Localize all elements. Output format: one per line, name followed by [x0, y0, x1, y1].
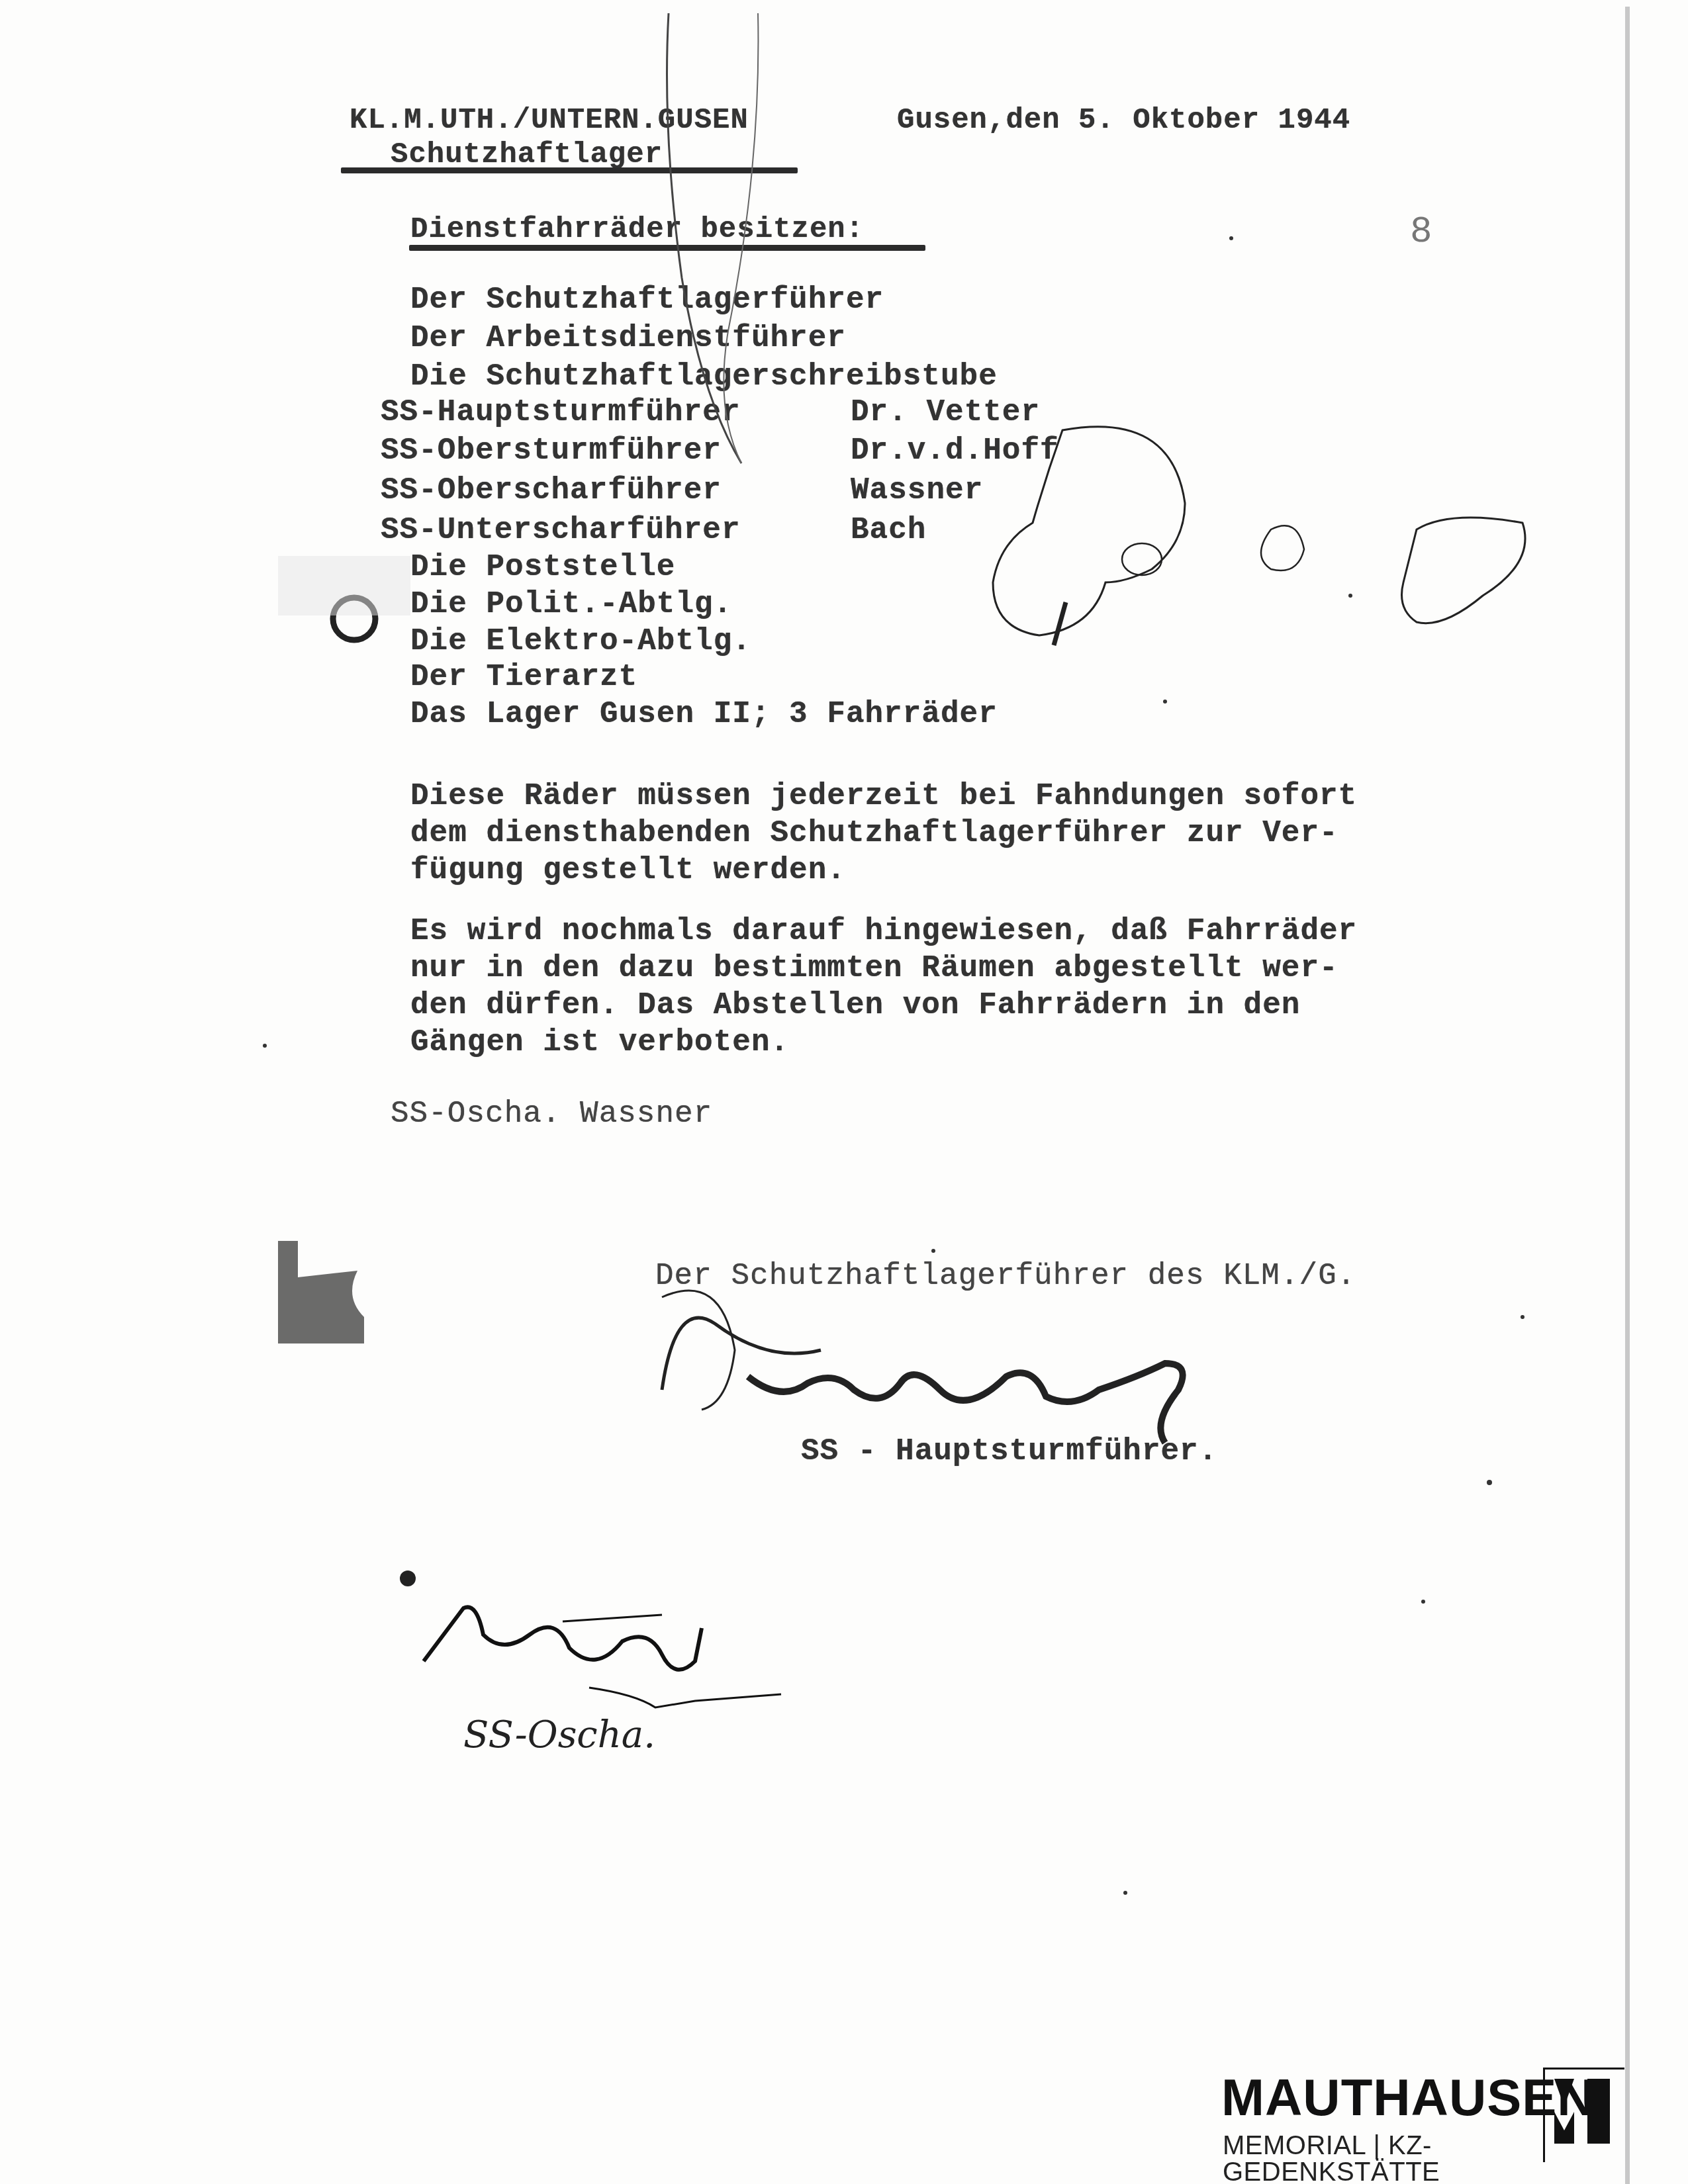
- fold-line: [667, 13, 742, 463]
- stamp-fragment: [278, 1241, 364, 1343]
- signature-loop: [662, 1291, 735, 1410]
- handwriting-and-stains: SS-Oscha.: [0, 0, 1688, 2184]
- logo-title: MAUTHAUSEN: [1221, 2071, 1595, 2123]
- scanned-document-page: KL.M.UTH./UNTERN.GUSEN Gusen,den 5. Okto…: [0, 0, 1688, 2184]
- signature-seidler: [748, 1363, 1183, 1443]
- logo-m-icon: [1543, 2068, 1624, 2162]
- signature-wassner: [424, 1607, 702, 1670]
- mauthausen-memorial-logo: MAUTHAUSEN MEMORIAL | KZ-GEDENKSTÄTTE: [1221, 2071, 1645, 2171]
- countersignature-rank-text: SS-Oscha.: [463, 1713, 655, 1756]
- ink-blob-outline: [993, 427, 1185, 635]
